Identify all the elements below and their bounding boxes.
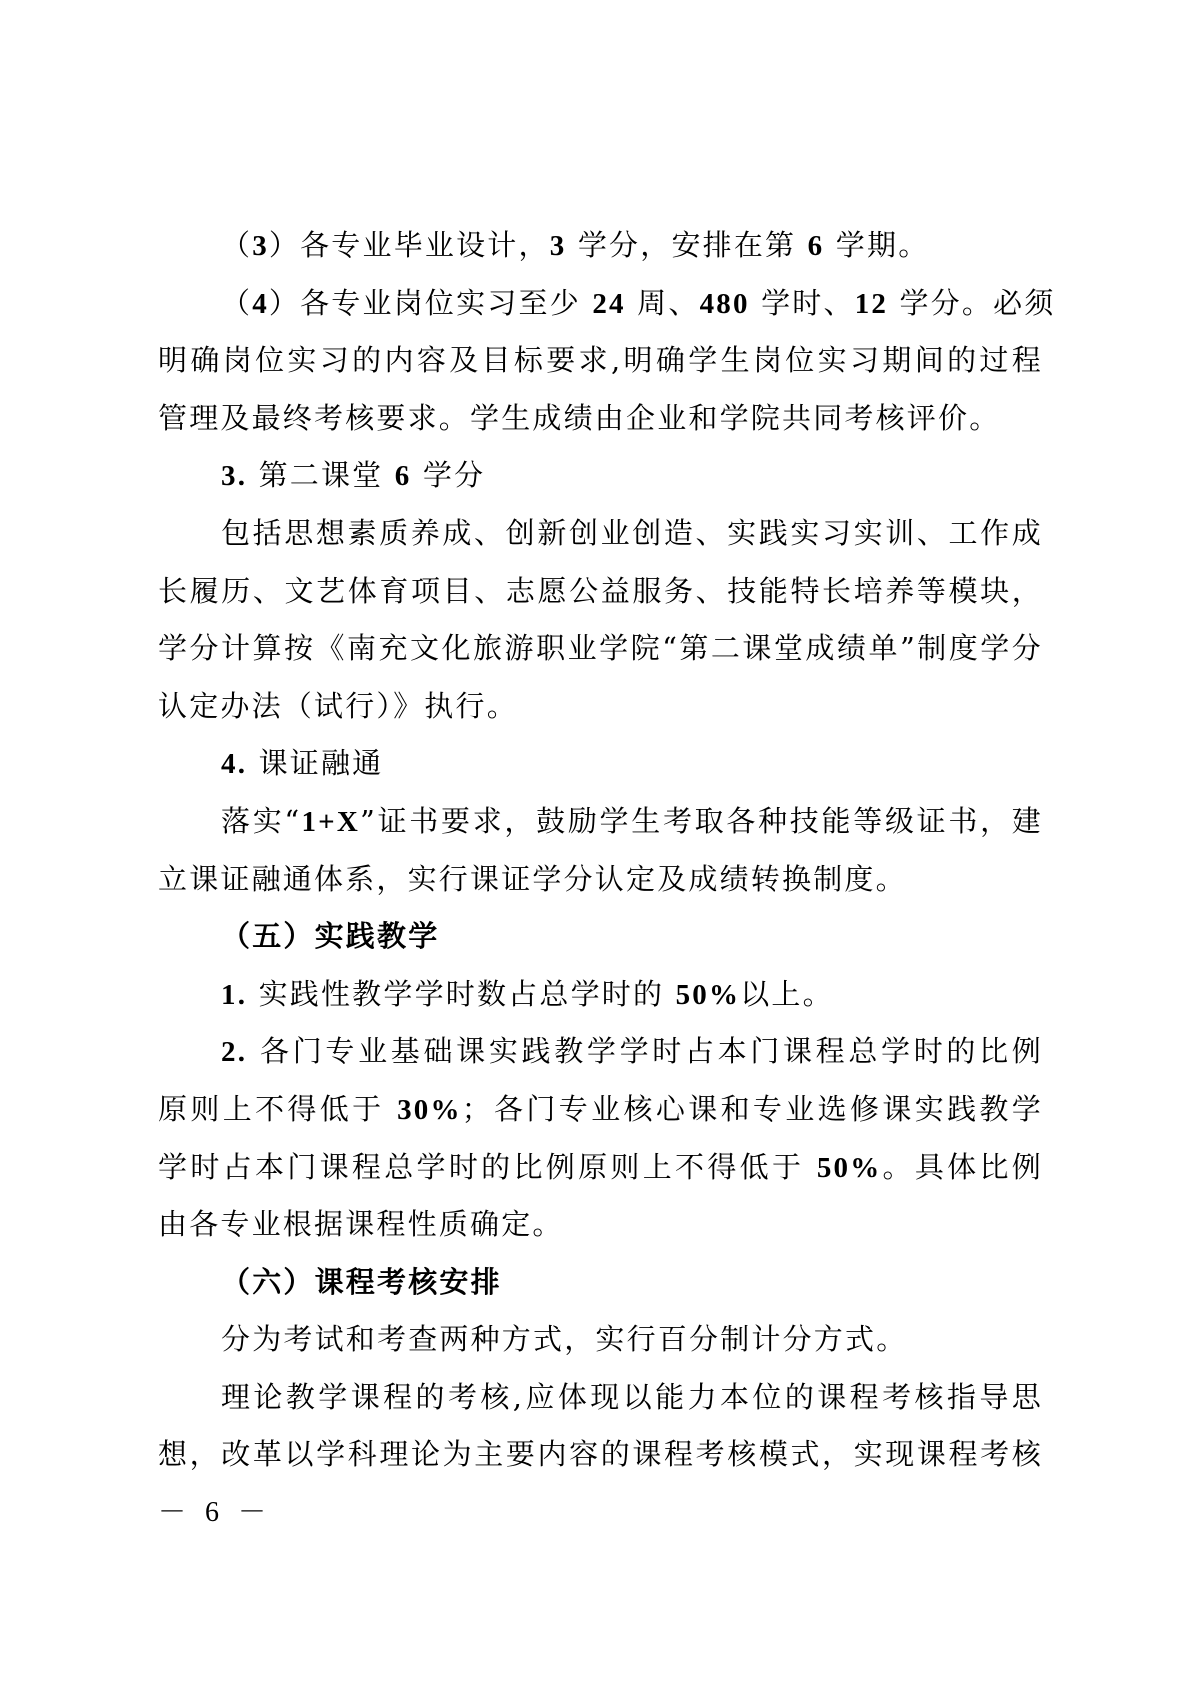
bold-text-run: （六）课程考核安排 (221, 1267, 502, 1299)
text-line: （六）课程考核安排 (158, 1254, 1043, 1312)
text-line: 包括思想素质养成、创新创业创造、实践实习实训、工作成 (158, 505, 1043, 563)
text-run: 长履历、文艺体育项目、志愿公益服务、技能特长培养等模块， (158, 574, 1043, 608)
text-run: 周、 (626, 286, 700, 320)
bold-text-run: 1. (221, 979, 247, 1011)
text-line: 管理及最终考核要求。学生成绩由企业和学院共同考核评价。 (158, 390, 1043, 448)
bold-text-run: 3 (252, 230, 269, 262)
text-run: 原则上不得低于 (158, 1092, 397, 1126)
text-run: 认定办法（试行）》执行。 (158, 689, 518, 723)
text-run: （ (221, 228, 252, 262)
page-number: － 6 － (158, 1490, 272, 1530)
text-line: （3）各专业毕业设计，3 学分，安排在第 6 学期。 (158, 217, 1043, 275)
text-run: ）各专业岗位实习至少 (269, 286, 592, 320)
text-line: 学时占本门课程总学时的比例原则上不得低于 50%。具体比例 (158, 1139, 1043, 1197)
text-line: 3. 第二课堂 6 学分 (158, 447, 1043, 505)
text-line: 1. 实践性教学学时数占总学时的 50%以上。 (158, 966, 1043, 1024)
text-run: 管理及最终考核要求。学生成绩由企业和学院共同考核评价。 (158, 401, 1000, 435)
text-run: ；各门专业核心课和专业选修课实践教学 (462, 1092, 1043, 1126)
bold-text-run: 50% (817, 1152, 882, 1184)
text-run: 立课证融通体系，实行课证学分认定及成绩转换制度。 (158, 862, 907, 896)
bold-text-run: 3. (221, 460, 247, 492)
bold-text-run: 6 (395, 460, 412, 492)
text-run: 学分 (412, 458, 486, 492)
text-line: 想，改革以学科理论为主要内容的课程考核模式，实现课程考核 (158, 1426, 1043, 1484)
bold-text-run: 3 (550, 230, 567, 262)
text-run: 学期。 (824, 228, 929, 262)
bold-text-run: 2. (221, 1036, 247, 1068)
text-line: 由各专业根据课程性质确定。 (158, 1196, 1043, 1254)
text-line: 落实“1+X”证书要求，鼓励学生考取各种技能等级证书，建 (158, 793, 1043, 851)
text-line: 认定办法（试行）》执行。 (158, 678, 1043, 736)
bold-text-run: 1+X (301, 806, 360, 838)
bold-text-run: 30% (397, 1094, 462, 1126)
text-run: 包括思想素质养成、创新创业创造、实践实习实训、工作成 (221, 516, 1043, 550)
bold-text-run: （五）实践教学 (221, 921, 439, 953)
text-line: 2. 各门专业基础课实践教学学时占本门课程总学时的比例 (158, 1023, 1043, 1081)
text-line: 理论教学课程的考核,应体现以能力本位的课程考核指导思 (158, 1369, 1043, 1427)
bold-text-run: 6 (808, 230, 825, 262)
text-line: （4）各专业岗位实习至少 24 周、480 学时、12 学分。必须 (158, 275, 1043, 333)
bold-text-run: 480 (700, 288, 750, 320)
bold-text-run: 24 (592, 288, 625, 320)
bold-text-run: 12 (855, 288, 888, 320)
text-line: 立课证融通体系，实行课证学分认定及成绩转换制度。 (158, 851, 1043, 909)
document-page: （3）各专业毕业设计，3 学分，安排在第 6 学期。（4）各专业岗位实习至少 2… (0, 0, 1190, 1683)
text-line: 原则上不得低于 30%；各门专业核心课和专业选修课实践教学 (158, 1081, 1043, 1139)
bold-text-run: 4 (252, 288, 269, 320)
text-line: 4. 课证融通 (158, 735, 1043, 793)
text-run: 落实“ (221, 804, 301, 838)
bold-text-run: 50% (676, 979, 741, 1011)
text-run: 以上。 (740, 977, 834, 1011)
text-run: （ (221, 286, 252, 320)
text-run: 学分计算按《南充文化旅游职业学院“第二课堂成绩单”制度学分 (158, 631, 1043, 665)
text-run: 实践性教学学时数占总学时的 (247, 977, 675, 1011)
text-run: 由各专业根据课程性质确定。 (158, 1207, 564, 1241)
text-run: 想，改革以学科理论为主要内容的课程考核模式，实现课程考核 (158, 1437, 1043, 1471)
text-run: 学时占本门课程总学时的比例原则上不得低于 (158, 1150, 817, 1184)
text-run: 学时、 (750, 286, 855, 320)
text-run: 明确岗位实习的内容及目标要求,明确学生岗位实习期间的过程 (158, 343, 1043, 377)
text-run: 。具体比例 (881, 1150, 1043, 1184)
text-line: 学分计算按《南充文化旅游职业学院“第二课堂成绩单”制度学分 (158, 620, 1043, 678)
text-run: 第二课堂 (247, 458, 395, 492)
text-run: 各门专业基础课实践教学学时占本门课程总学时的比例 (247, 1034, 1043, 1068)
text-run: 学分，安排在第 (566, 228, 807, 262)
text-run: ）各专业毕业设计， (269, 228, 550, 262)
bold-text-run: 4. (221, 748, 247, 780)
text-run: 分为考试和考查两种方式，实行百分制计分方式。 (221, 1322, 907, 1356)
text-run: 理论教学课程的考核,应体现以能力本位的课程考核指导思 (221, 1380, 1043, 1414)
text-run: ”证书要求，鼓励学生考取各种技能等级证书，建 (360, 804, 1043, 838)
document-body: （3）各专业毕业设计，3 学分，安排在第 6 学期。（4）各专业岗位实习至少 2… (158, 217, 1043, 1484)
text-run: 学分。必须 (888, 286, 1055, 320)
text-run: 课证融通 (247, 746, 383, 780)
text-line: 分为考试和考查两种方式，实行百分制计分方式。 (158, 1311, 1043, 1369)
text-line: 明确岗位实习的内容及目标要求,明确学生岗位实习期间的过程 (158, 332, 1043, 390)
text-line: 长履历、文艺体育项目、志愿公益服务、技能特长培养等模块， (158, 563, 1043, 621)
text-line: （五）实践教学 (158, 908, 1043, 966)
